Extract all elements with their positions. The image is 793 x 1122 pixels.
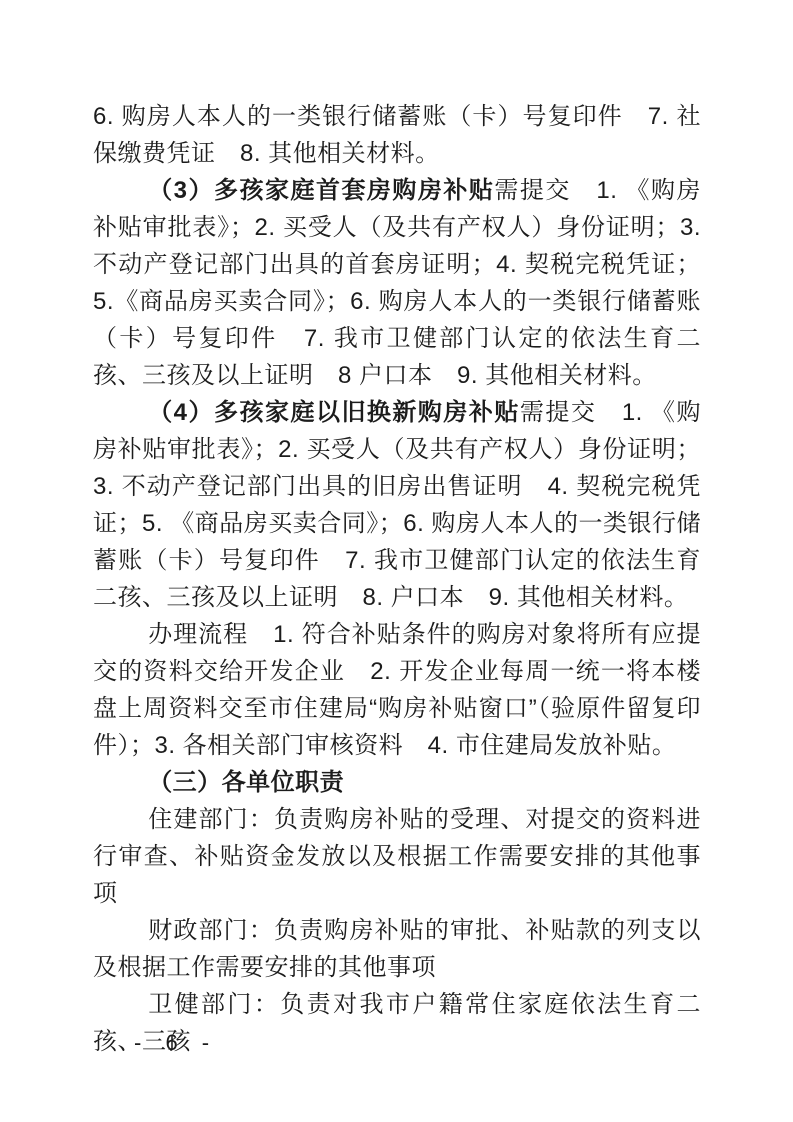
paragraph-continuation: 6. 购房人本人的一类银行储蓄账（卡）号复印件 7. 社保缴费凭证 8. 其他相… <box>93 98 701 172</box>
paragraph-text: 6. 购房人本人的一类银行储蓄账（卡）号复印件 7. 社保缴费凭证 8. 其他相… <box>93 103 701 167</box>
paragraph-process: 办理流程 1. 符合补贴条件的购房对象将所有应提交的资料交给开发企业 2. 开发… <box>93 616 701 764</box>
paragraph-bold-lead: （3）多孩家庭首套房购房补贴 <box>148 177 494 204</box>
paragraph-bold-lead: （4）多孩家庭以旧换新购房补贴 <box>148 399 520 426</box>
paragraph-text: 财政部门：负责购房补贴的审批、补贴款的列支以及根据工作需要安排的其他事项 <box>93 917 701 981</box>
paragraph-finance-dept: 财政部门：负责购房补贴的审批、补贴款的列支以及根据工作需要安排的其他事项 <box>93 912 701 986</box>
document-body: 6. 购房人本人的一类银行储蓄账（卡）号复印件 7. 社保缴费凭证 8. 其他相… <box>93 98 701 1060</box>
section-heading-text: （三）各单位职责 <box>148 769 344 796</box>
paragraph-item-4: （4）多孩家庭以旧换新购房补贴需提交 1. 《购房补贴审批表》；2. 买受人（及… <box>93 394 701 616</box>
paragraph-text: 办理流程 1. 符合补贴条件的购房对象将所有应提交的资料交给开发企业 2. 开发… <box>93 621 701 759</box>
paragraph-item-3: （3）多孩家庭首套房购房补贴需提交 1. 《购房补贴审批表》；2. 买受人（及共… <box>93 172 701 394</box>
page-number: - 6 - <box>134 1030 218 1056</box>
paragraph-housing-dept: 住建部门：负责购房补贴的受理、对提交的资料进行审查、补贴资金发放以及根据工作需要… <box>93 801 701 912</box>
document-page: 6. 购房人本人的一类银行储蓄账（卡）号复印件 7. 社保缴费凭证 8. 其他相… <box>0 0 793 1122</box>
paragraph-text: 住建部门：负责购房补贴的受理、对提交的资料进行审查、补贴资金发放以及根据工作需要… <box>93 806 701 907</box>
paragraph-text: 需提交 1. 《购房补贴审批表》；2. 买受人（及共有产权人）身份证明；3. 不… <box>93 399 701 611</box>
section-heading-duties: （三）各单位职责 <box>93 764 701 801</box>
paragraph-text: 需提交 1. 《购房补贴审批表》；2. 买受人（及共有产权人）身份证明；3. 不… <box>93 177 701 389</box>
